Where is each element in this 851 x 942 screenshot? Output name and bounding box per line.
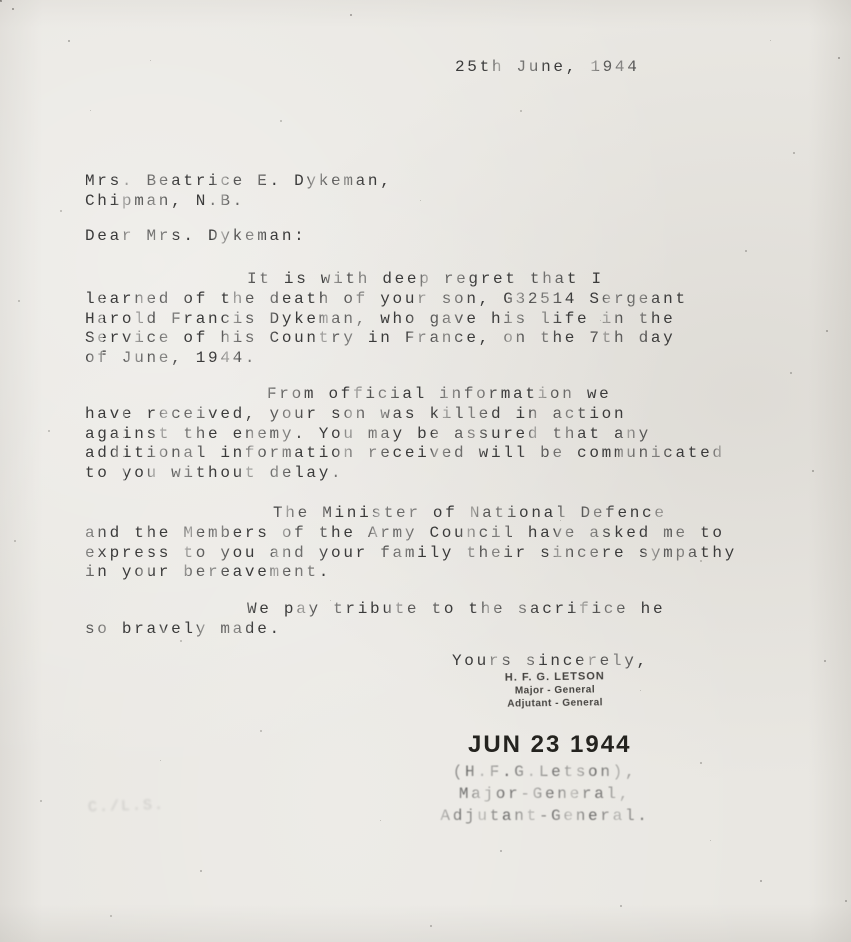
salutation: Dear Mrs. Dykeman:	[85, 227, 306, 247]
stamp-title-line: Adjutant - General	[470, 696, 640, 711]
paper-noise-specks-fine	[0, 0, 1, 1]
paragraph-minister-sympathy: The Minister of National Defence and the…	[85, 504, 775, 583]
paragraph-tribute: We pay tribute to the sacrifice he so br…	[85, 600, 775, 640]
recipient-address: Mrs. Beatrice E. Dykeman, Chipman, N.B.	[85, 172, 393, 212]
closing-line: Yours sincerely,	[452, 652, 649, 672]
paragraph-regret: It is with deep regret that I learned of…	[85, 270, 775, 369]
date-stamp: JUN 23 1944	[468, 731, 631, 760]
official-name-stamp: H. F. G. LETSON Major - General Adjutant…	[470, 670, 641, 711]
scanned-letter-page: 25th June, 1944 Mrs. Beatrice E. Dykeman…	[0, 0, 851, 942]
typed-signature-block: (H.F.G.Letson), Major-General, Adjutant-…	[420, 761, 670, 827]
reference-initials-mark: C./L.S.	[88, 797, 166, 817]
letter-date: 25th June, 1944	[455, 58, 640, 78]
paragraph-official-information: From official information we have receiv…	[85, 385, 775, 484]
